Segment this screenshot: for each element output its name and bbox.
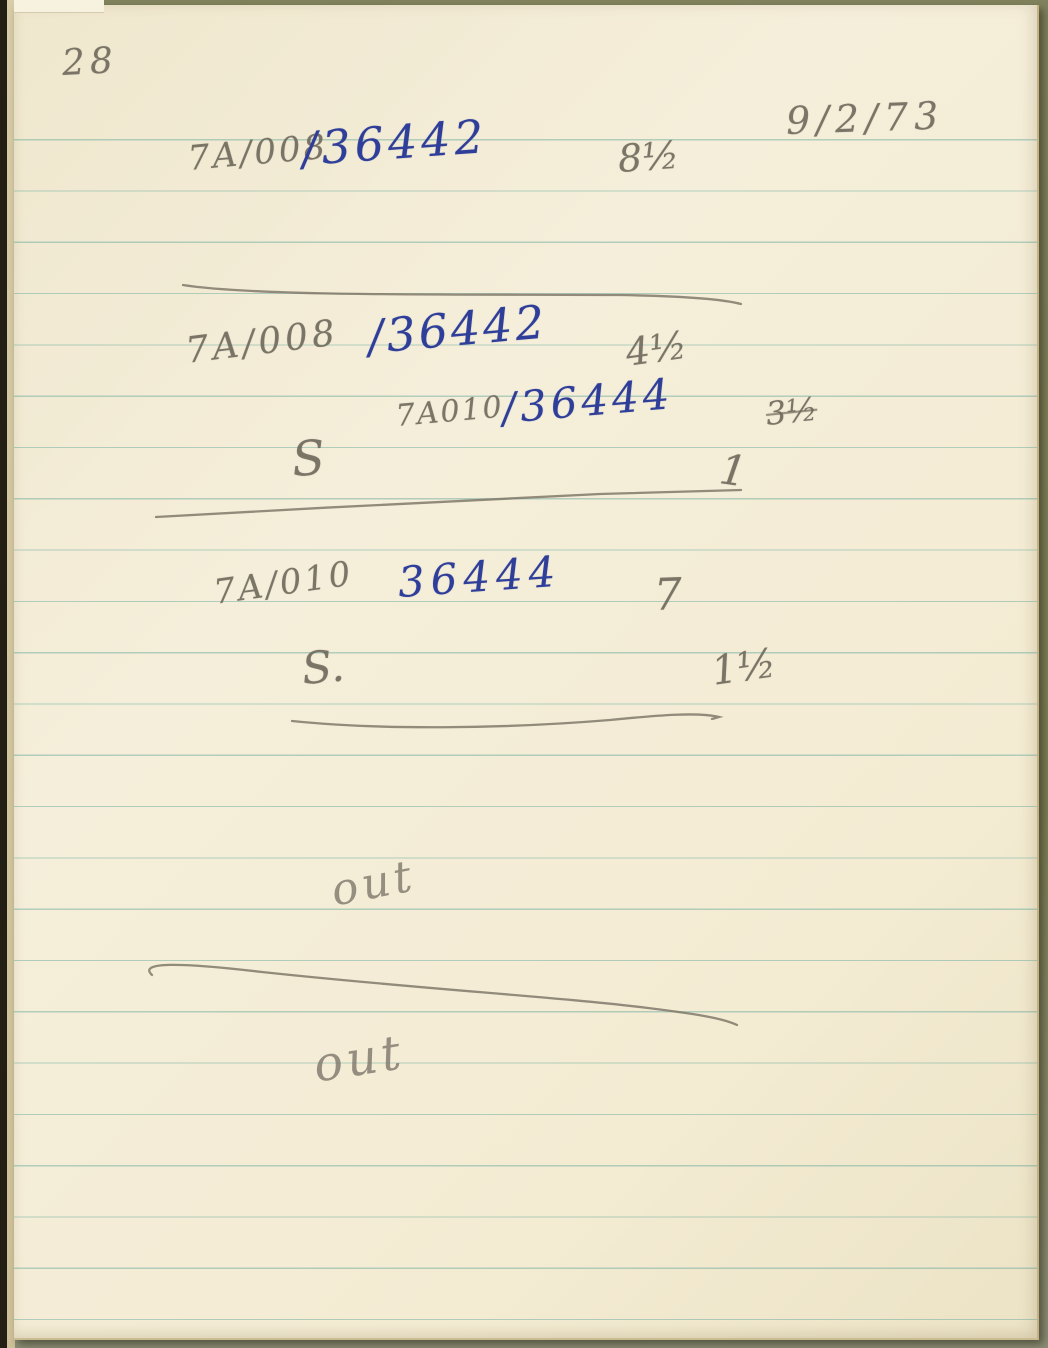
entry-number-ink: 36444 xyxy=(397,551,563,604)
entry-quantity: 1½ xyxy=(709,643,778,692)
scan-edge-dark xyxy=(0,0,7,1348)
note-out: out xyxy=(310,1028,407,1090)
entry-number-ink: /36442 xyxy=(300,113,489,172)
date: 9/2/73 xyxy=(785,96,945,140)
page-corner-sliver xyxy=(14,0,104,13)
entry-catalog: S xyxy=(290,434,326,484)
ruled-lines xyxy=(14,89,1037,1332)
page-number: 28 xyxy=(61,43,119,82)
entry-quantity: 8½ xyxy=(617,136,681,178)
entry-quantity: 7 xyxy=(653,573,683,618)
notebook-scan: 28 9/2/73 7A/008 /36442 8½ 7A/008 /36442… xyxy=(0,0,1048,1348)
entry-quantity-scribbled: 3½ xyxy=(764,393,818,430)
entry-quantity: 4½ xyxy=(623,326,689,372)
notebook-page xyxy=(14,5,1039,1340)
entry-catalog: S. xyxy=(300,644,346,692)
